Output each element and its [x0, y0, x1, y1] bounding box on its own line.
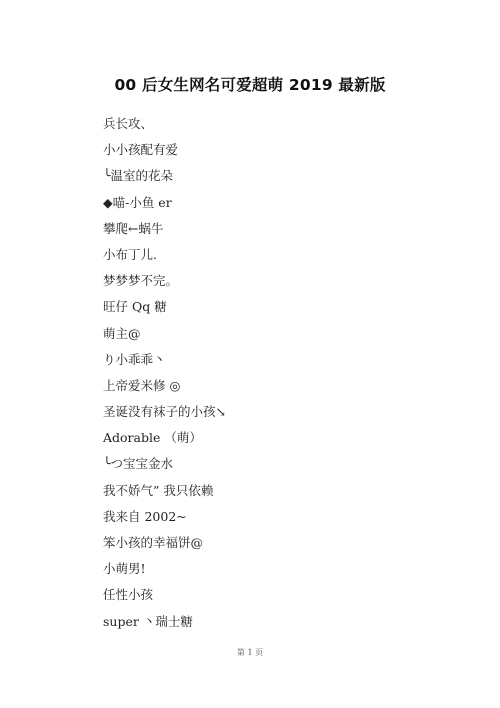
page-number: 第 1 页	[0, 647, 500, 658]
list-item: ╰つ宝宝金水	[103, 453, 226, 479]
list-item: 兵长攻、	[103, 113, 226, 139]
name-list: 兵长攻、 小小孩配有爱 ╰温室的花朵 ◆喵-小鱼 er 攀爬←蜗牛 小布丁儿. …	[103, 113, 226, 637]
list-item: 笨小孩的幸福饼@	[103, 532, 226, 558]
document-page: 00 后女生网名可爱超萌 2019 最新版 兵长攻、 小小孩配有爱 ╰温室的花朵…	[0, 0, 500, 708]
list-item: 攀爬←蜗牛	[103, 218, 226, 244]
list-item: 圣诞没有袜子的小孩↘	[103, 401, 226, 427]
list-item: Adorable （萌）	[103, 427, 226, 453]
list-item: 小小孩配有爱	[103, 139, 226, 165]
list-item: 我来自 2002~	[103, 506, 226, 532]
list-item: ◆喵-小鱼 er	[103, 192, 226, 218]
list-item: 上帝爱米修 ◎	[103, 375, 226, 401]
list-item: super 丶瑞士糖	[103, 611, 226, 637]
list-item: り小乖乖丶	[103, 349, 226, 375]
document-title: 00 后女生网名可爱超萌 2019 最新版	[0, 73, 500, 95]
list-item: 小布丁儿.	[103, 244, 226, 270]
list-item: 梦梦梦不完。	[103, 270, 226, 296]
list-item: ╰温室的花朵	[103, 165, 226, 191]
list-item: 我不娇气” 我只依赖	[103, 480, 226, 506]
list-item: 萌主@	[103, 323, 226, 349]
list-item: 旺仔 Qq 糖	[103, 296, 226, 322]
list-item: 任性小孩	[103, 584, 226, 610]
list-item: 小萌男!	[103, 558, 226, 584]
